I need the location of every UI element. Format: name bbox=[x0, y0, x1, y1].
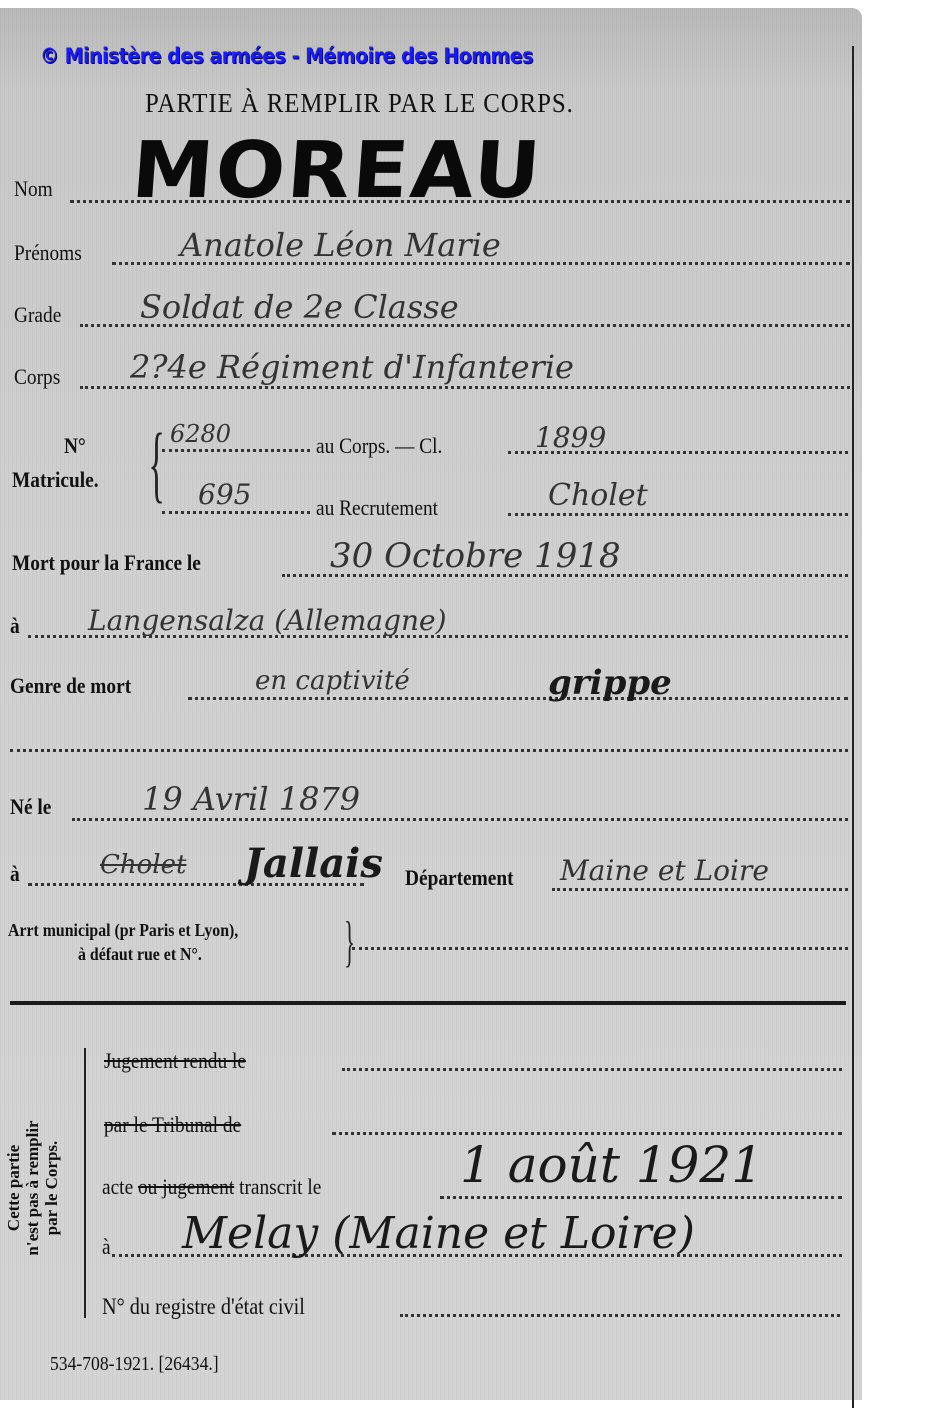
mort-a-label: à bbox=[10, 613, 20, 639]
transcrit-label-pre: acte bbox=[102, 1174, 133, 1199]
transcrit-a-label: à bbox=[102, 1234, 111, 1260]
header-title: PARTIE À REMPLIR PAR LE CORPS. bbox=[145, 88, 574, 119]
form-print-code: 534-708-1921. [26434.] bbox=[50, 1353, 219, 1376]
mort-le-value: 30 Octobre 1918 bbox=[330, 536, 621, 576]
matricule-label: Matricule. bbox=[12, 467, 99, 493]
ne-le-label: Né le bbox=[10, 794, 51, 820]
matricule-recrutement-label: au Recrutement bbox=[316, 495, 438, 521]
side-note-line-2: n'est pas à remplir bbox=[23, 1058, 42, 1318]
genre-mort-cause: grippe bbox=[548, 663, 672, 703]
section-divider bbox=[10, 1001, 846, 1005]
tribunal-line bbox=[332, 1132, 842, 1135]
departement-label: Département bbox=[405, 865, 514, 891]
nom-label: Nom bbox=[14, 176, 53, 202]
matricule-label-no: N° bbox=[64, 433, 86, 459]
ne-a-label: à bbox=[10, 861, 20, 887]
recrutement-place-line bbox=[508, 513, 848, 516]
classe-value: 1899 bbox=[535, 421, 606, 454]
card-border bbox=[852, 46, 854, 1408]
grade-value: Soldat de 2e Classe bbox=[140, 288, 459, 326]
jugement-line bbox=[342, 1068, 842, 1071]
prenoms-value: Anatole Léon Marie bbox=[180, 226, 501, 264]
transcrit-label-struck: ou jugement bbox=[138, 1174, 234, 1199]
matricule-corps-label: au Corps. — Cl. bbox=[316, 433, 442, 459]
arrondissement-sublabel: à défaut rue et N°. bbox=[78, 944, 202, 965]
ne-a-struck-value: Cholet bbox=[100, 850, 186, 880]
corps-value: 2?4e Régiment d'Infanterie bbox=[130, 348, 574, 386]
departement-value: Maine et Loire bbox=[560, 854, 769, 887]
recrutement-place-value: Cholet bbox=[548, 478, 648, 513]
arrondissement-label: Arrt municipal (pr Paris et Lyon), bbox=[8, 920, 238, 941]
mort-a-value: Langensalza (Allemagne) bbox=[88, 604, 447, 637]
matricule-corps-value: 6280 bbox=[170, 420, 231, 448]
transcrit-label: acte ou jugement transcrit le bbox=[102, 1174, 321, 1200]
ne-le-value: 19 Avril 1879 bbox=[142, 780, 360, 818]
matricule-recrutement-value: 695 bbox=[198, 478, 251, 511]
genre-mort-label: Genre de mort bbox=[10, 673, 131, 699]
genre-mort-line bbox=[188, 697, 848, 700]
death-record-card: © Ministère des armées - Mémoire des Hom… bbox=[0, 8, 862, 1400]
ne-le-line bbox=[72, 818, 848, 821]
ne-a-value: Jallais bbox=[244, 840, 383, 887]
departement-line bbox=[552, 888, 848, 891]
mort-le-label: Mort pour la France le bbox=[12, 550, 201, 576]
civil-brace bbox=[84, 1048, 86, 1318]
registre-label: N° du registre d'état civil bbox=[102, 1294, 305, 1320]
matricule-recrutement-line bbox=[162, 511, 310, 514]
blank-line bbox=[10, 749, 848, 752]
matricule-corps-line bbox=[162, 449, 310, 452]
arrondissement-brace: } bbox=[344, 914, 355, 970]
transcrit-line bbox=[440, 1196, 842, 1199]
prenoms-label: Prénoms bbox=[14, 240, 82, 266]
corps-label: Corps bbox=[14, 364, 60, 390]
copyright-watermark: © Ministère des armées - Mémoire des Hom… bbox=[40, 44, 533, 68]
side-note-line-3: par le Corps. bbox=[42, 1058, 61, 1318]
civil-side-note: Cette partie n'est pas à remplir par le … bbox=[4, 1058, 61, 1318]
grade-label: Grade bbox=[14, 302, 61, 328]
arrondissement-line bbox=[352, 947, 848, 950]
transcrit-label-post: transcrit le bbox=[239, 1174, 321, 1199]
genre-mort-value: en captivité bbox=[255, 666, 410, 696]
transcrit-value: 1 août 1921 bbox=[460, 1136, 763, 1194]
jugement-label: Jugement rendu le bbox=[104, 1048, 246, 1074]
nom-value: MOREAU bbox=[129, 126, 546, 216]
side-note-line-1: Cette partie bbox=[4, 1058, 23, 1318]
transcrit-a-value: Melay (Maine et Loire) bbox=[182, 1208, 695, 1259]
matricule-brace: { bbox=[148, 420, 165, 506]
corps-line bbox=[80, 386, 850, 389]
registre-line bbox=[400, 1314, 840, 1317]
tribunal-label: par le Tribunal de bbox=[104, 1112, 241, 1138]
